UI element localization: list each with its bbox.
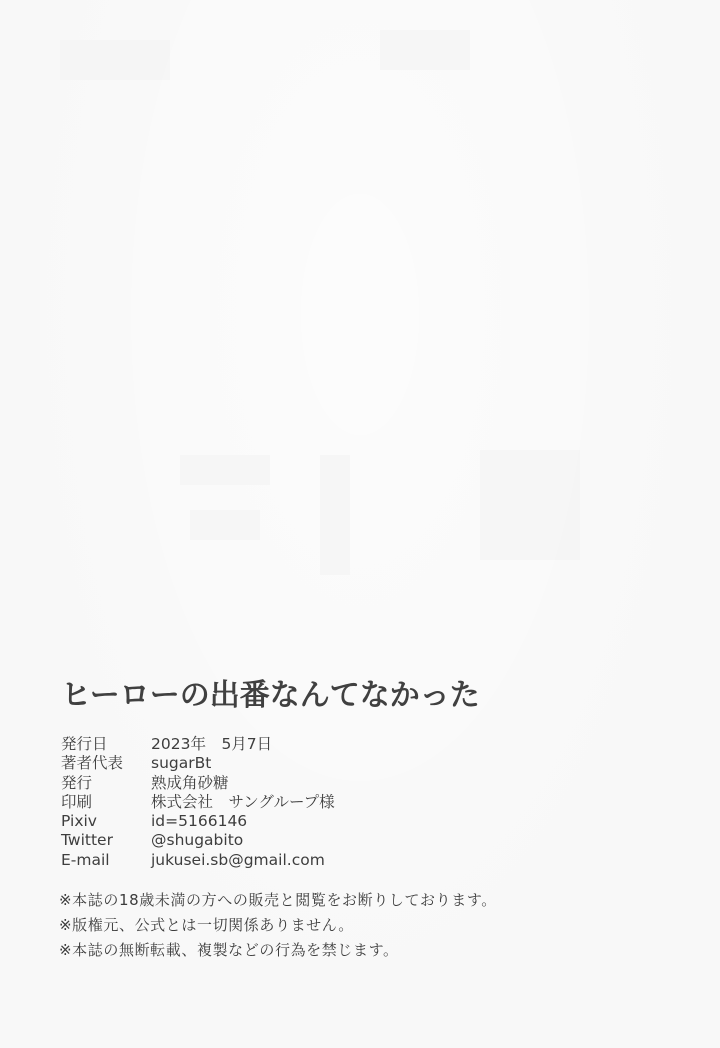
notice-no-reproduction: ※本誌の無断転載、複製などの行為を禁じます。 — [59, 938, 497, 963]
colophon-label: Twitter — [61, 831, 151, 850]
colophon-row-author: 著者代表 sugarBt — [61, 754, 335, 773]
notice-list: ※本誌の18歳未満の方への販売と閲覧をお断りしております。 ※版権元、公式とは一… — [59, 888, 497, 963]
bleed-through-mark — [480, 450, 580, 560]
colophon-label: Pixiv — [61, 812, 151, 831]
colophon-page: ヒーローの出番なんてなかった 発行日 2023年 5月7日 著者代表 sugar… — [0, 0, 720, 1048]
colophon-row-publisher: 発行 熟成角砂糖 — [61, 774, 335, 793]
bleed-through-mark — [180, 455, 270, 485]
colophon-row-pixiv: Pixiv id=5166146 — [61, 812, 335, 831]
colophon-value: sugarBt — [151, 754, 335, 773]
colophon-label: 著者代表 — [61, 754, 151, 773]
colophon-table: 発行日 2023年 5月7日 著者代表 sugarBt 発行 熟成角砂糖 印刷 … — [61, 735, 335, 870]
bleed-through-mark — [320, 455, 350, 575]
colophon-label: 印刷 — [61, 793, 151, 812]
colophon-value: 2023年 5月7日 — [151, 735, 335, 754]
colophon-label: 発行日 — [61, 735, 151, 754]
notice-unofficial: ※版権元、公式とは一切関係ありません。 — [59, 913, 497, 938]
colophon-row-printer: 印刷 株式会社 サングループ様 — [61, 793, 335, 812]
colophon-label: 発行 — [61, 774, 151, 793]
colophon-row-twitter: Twitter @shugabito — [61, 831, 335, 850]
bleed-through-mark — [60, 40, 170, 80]
colophon-value: @shugabito — [151, 831, 335, 850]
colophon-value: 熟成角砂糖 — [151, 774, 335, 793]
bleed-through-mark — [380, 30, 470, 70]
book-title: ヒーローの出番なんてなかった — [61, 678, 480, 714]
notice-age-restriction: ※本誌の18歳未満の方への販売と閲覧をお断りしております。 — [59, 888, 497, 913]
colophon-value: id=5166146 — [151, 812, 335, 831]
colophon-value: 株式会社 サングループ様 — [151, 793, 335, 812]
colophon-row-publish-date: 発行日 2023年 5月7日 — [61, 735, 335, 754]
colophon-row-email: E-mail jukusei.sb@gmail.com — [61, 851, 335, 870]
colophon-label: E-mail — [61, 851, 151, 870]
bleed-through-mark — [190, 510, 260, 540]
colophon-value: jukusei.sb@gmail.com — [151, 851, 335, 870]
